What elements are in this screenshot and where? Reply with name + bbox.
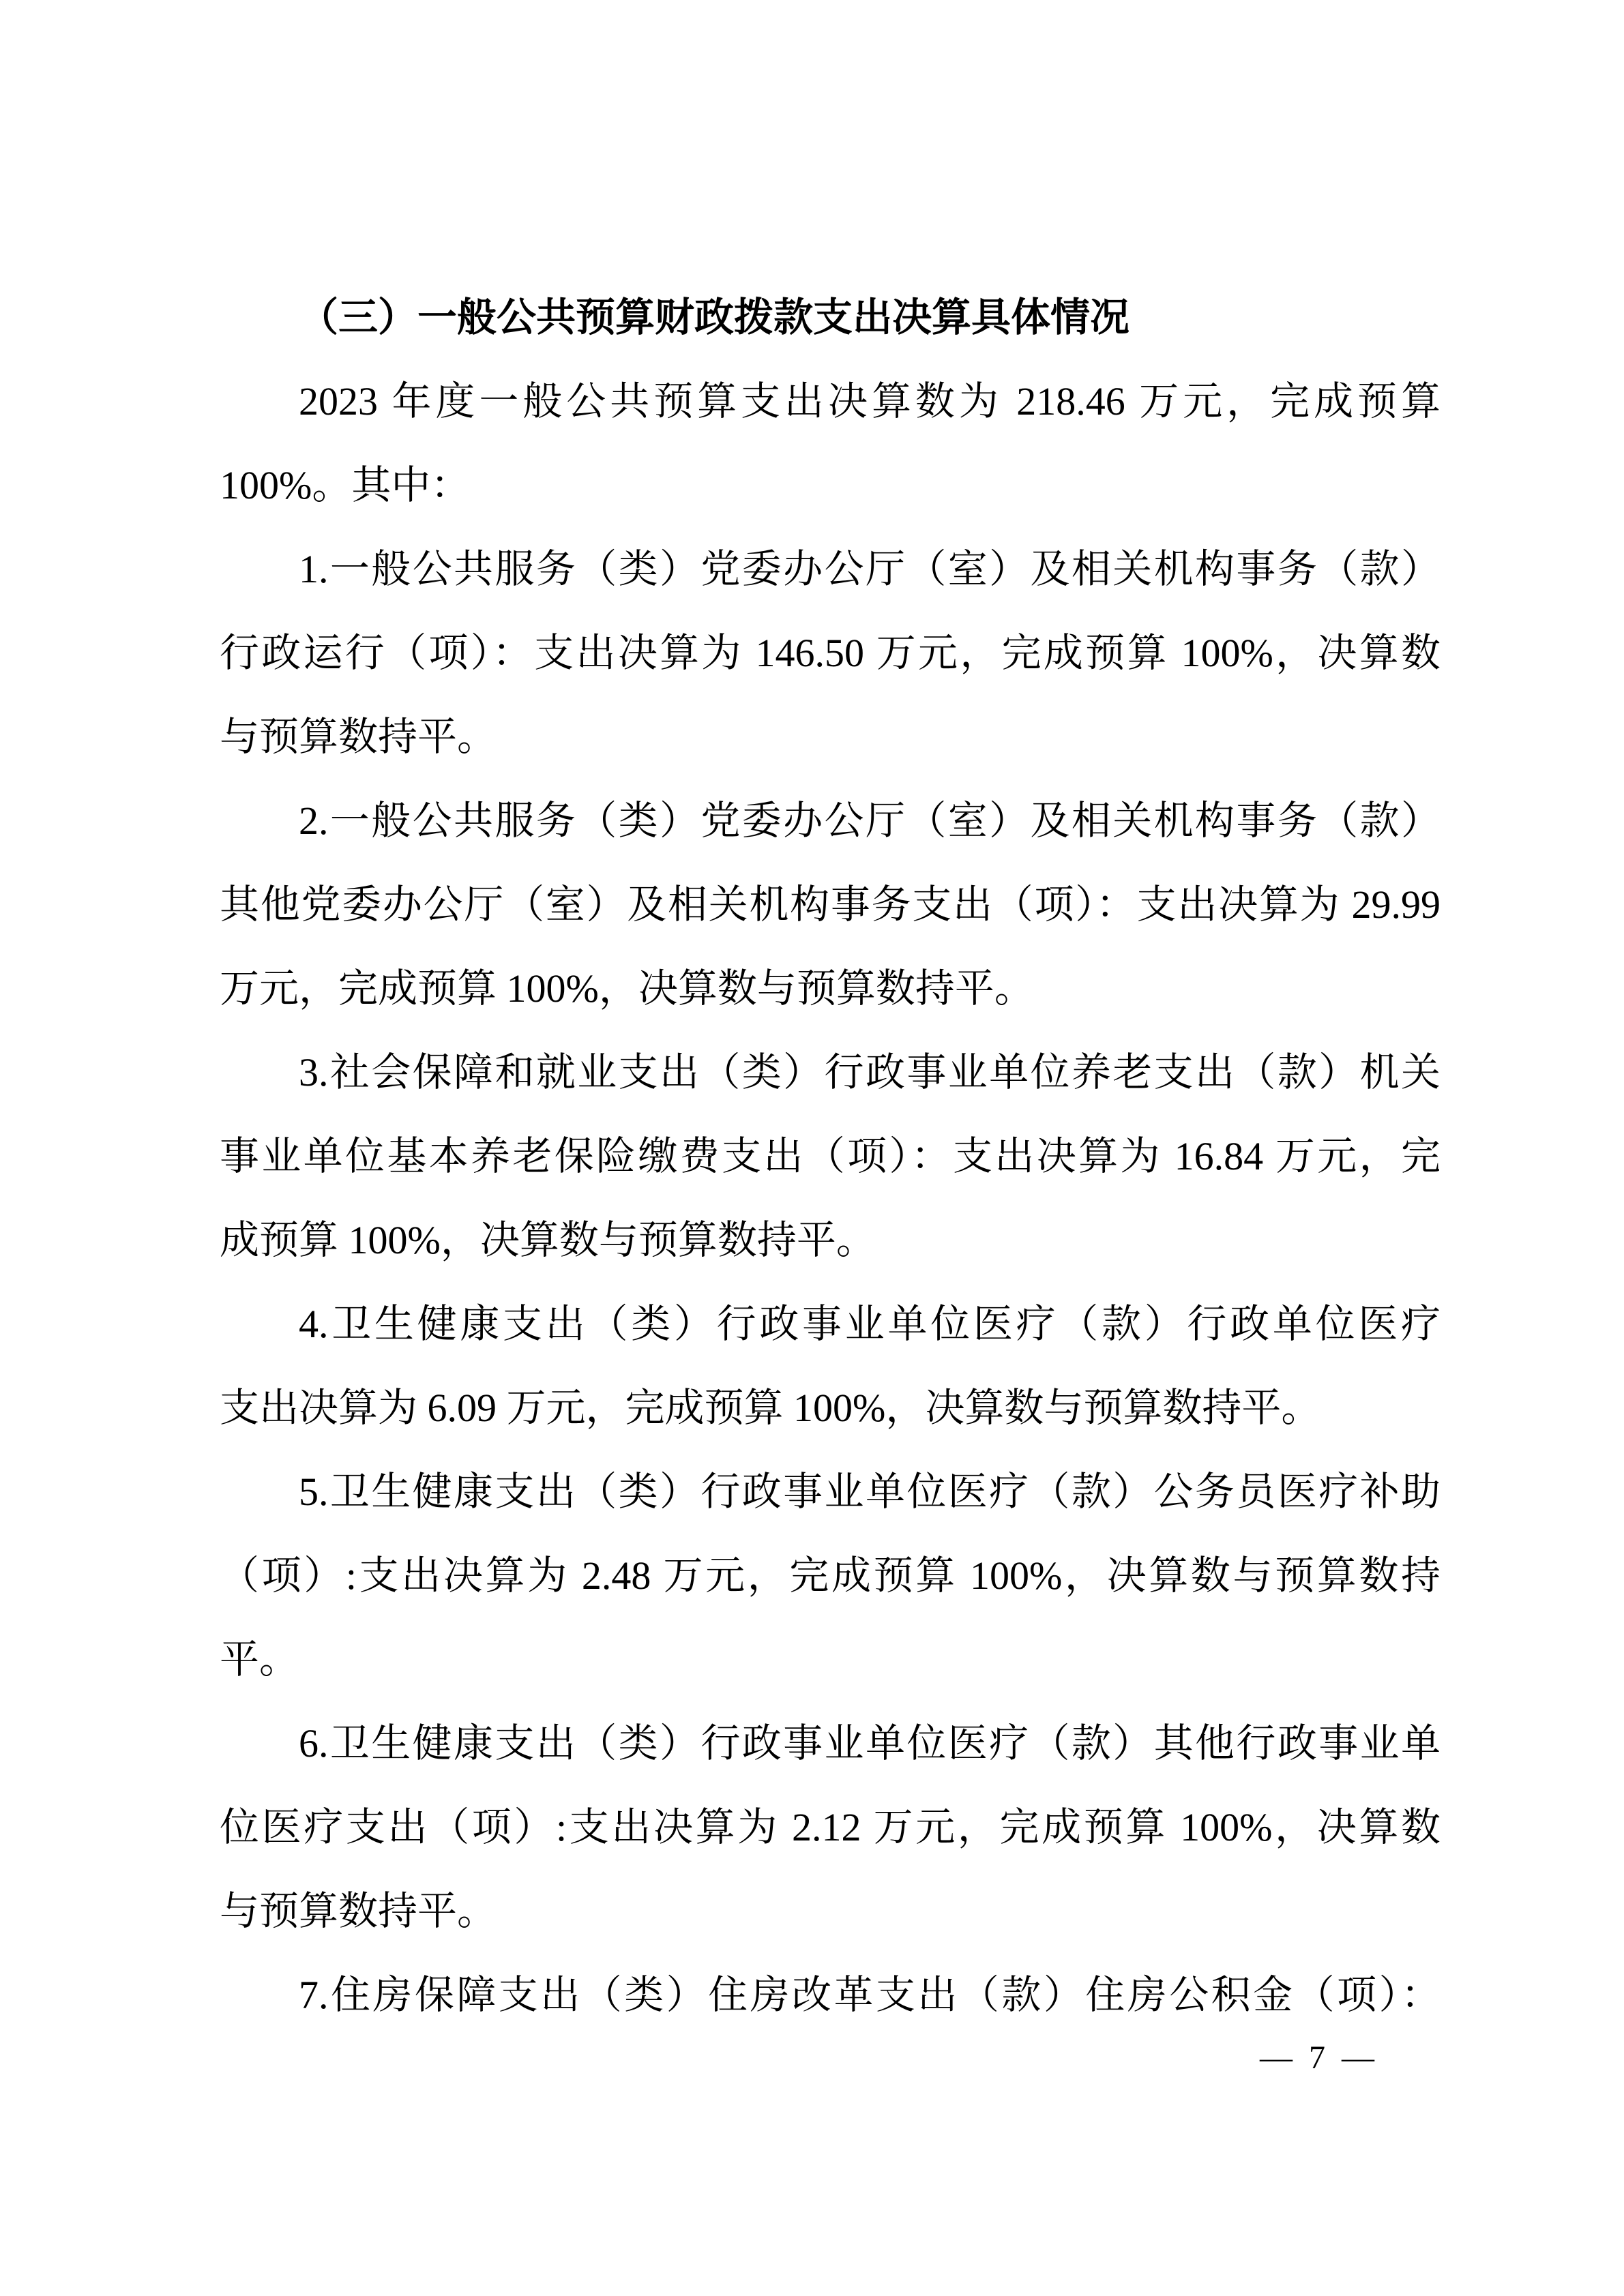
document-body: （三）一般公共预算财政拨款支出决算具体情况2023 年度一般公共预算支出决算数为… bbox=[220, 275, 1441, 2037]
text-line: 平。 bbox=[220, 1617, 1441, 1701]
text-line: 位医疗支出（项）:支出决算为 2.12 万元，完成预算 100%，决算数 bbox=[220, 1785, 1441, 1869]
text-line: 2023 年度一般公共预算支出决算数为 218.46 万元，完成预算 bbox=[220, 359, 1441, 443]
para-item-7: 7.住房保障支出（类）住房改革支出（款）住房公积金（项）： bbox=[220, 1953, 1441, 2037]
para-item-1: 1.一般公共服务（类）党委办公厅（室）及相关机构事务（款）行政运行（项）：支出决… bbox=[220, 527, 1441, 779]
text-line: 成预算 100%，决算数与预算数持平。 bbox=[220, 1198, 1441, 1282]
para-item-4: 4.卫生健康支出（类）行政事业单位医疗（款）行政单位医疗（项）:支出决算为 6.… bbox=[220, 1282, 1441, 1450]
text-line: 5.卫生健康支出（类）行政事业单位医疗（款）公务员医疗补助 bbox=[220, 1450, 1441, 1534]
para-item-2: 2.一般公共服务（类）党委办公厅（室）及相关机构事务（款）其他党委办公厅（室）及… bbox=[220, 779, 1441, 1030]
text-line: 2.一般公共服务（类）党委办公厅（室）及相关机构事务（款） bbox=[220, 779, 1441, 863]
section-heading: （三）一般公共预算财政拨款支出决算具体情况 bbox=[220, 275, 1441, 359]
page-number: — 7 — bbox=[1260, 2039, 1378, 2077]
para-intro: 2023 年度一般公共预算支出决算数为 218.46 万元，完成预算100%。其… bbox=[220, 359, 1441, 527]
text-line: 1.一般公共服务（类）党委办公厅（室）及相关机构事务（款） bbox=[220, 527, 1441, 611]
para-item-6: 6.卫生健康支出（类）行政事业单位医疗（款）其他行政事业单位医疗支出（项）:支出… bbox=[220, 1701, 1441, 1953]
para-item-3: 3.社会保障和就业支出（类）行政事业单位养老支出（款）机关事业单位基本养老保险缴… bbox=[220, 1030, 1441, 1282]
text-line: 3.社会保障和就业支出（类）行政事业单位养老支出（款）机关 bbox=[220, 1030, 1441, 1114]
text-line: 7.住房保障支出（类）住房改革支出（款）住房公积金（项）： bbox=[220, 1953, 1441, 2037]
text-line: 其他党委办公厅（室）及相关机构事务支出（项）：支出决算为 29.99 bbox=[220, 863, 1441, 946]
text-line: 万元，完成预算 100%，决算数与预算数持平。 bbox=[220, 946, 1441, 1030]
text-line: 与预算数持平。 bbox=[220, 695, 1441, 779]
text-line: 与预算数持平。 bbox=[220, 1869, 1441, 1953]
text-line: 事业单位基本养老保险缴费支出（项）：支出决算为 16.84 万元，完 bbox=[220, 1114, 1441, 1198]
text-line: 6.卫生健康支出（类）行政事业单位医疗（款）其他行政事业单 bbox=[220, 1701, 1441, 1785]
text-line: 4.卫生健康支出（类）行政事业单位医疗（款）行政单位医疗（项）: bbox=[220, 1282, 1441, 1366]
para-item-5: 5.卫生健康支出（类）行政事业单位医疗（款）公务员医疗补助（项）:支出决算为 2… bbox=[220, 1450, 1441, 1701]
text-line: （项）:支出决算为 2.48 万元，完成预算 100%，决算数与预算数持 bbox=[220, 1534, 1441, 1617]
text-line: 100%。其中： bbox=[220, 443, 1441, 527]
document-page: （三）一般公共预算财政拨款支出决算具体情况2023 年度一般公共预算支出决算数为… bbox=[0, 0, 1624, 2296]
text-line: 支出决算为 6.09 万元，完成预算 100%，决算数与预算数持平。 bbox=[220, 1366, 1441, 1450]
text-line: 行政运行（项）：支出决算为 146.50 万元，完成预算 100%，决算数 bbox=[220, 611, 1441, 695]
